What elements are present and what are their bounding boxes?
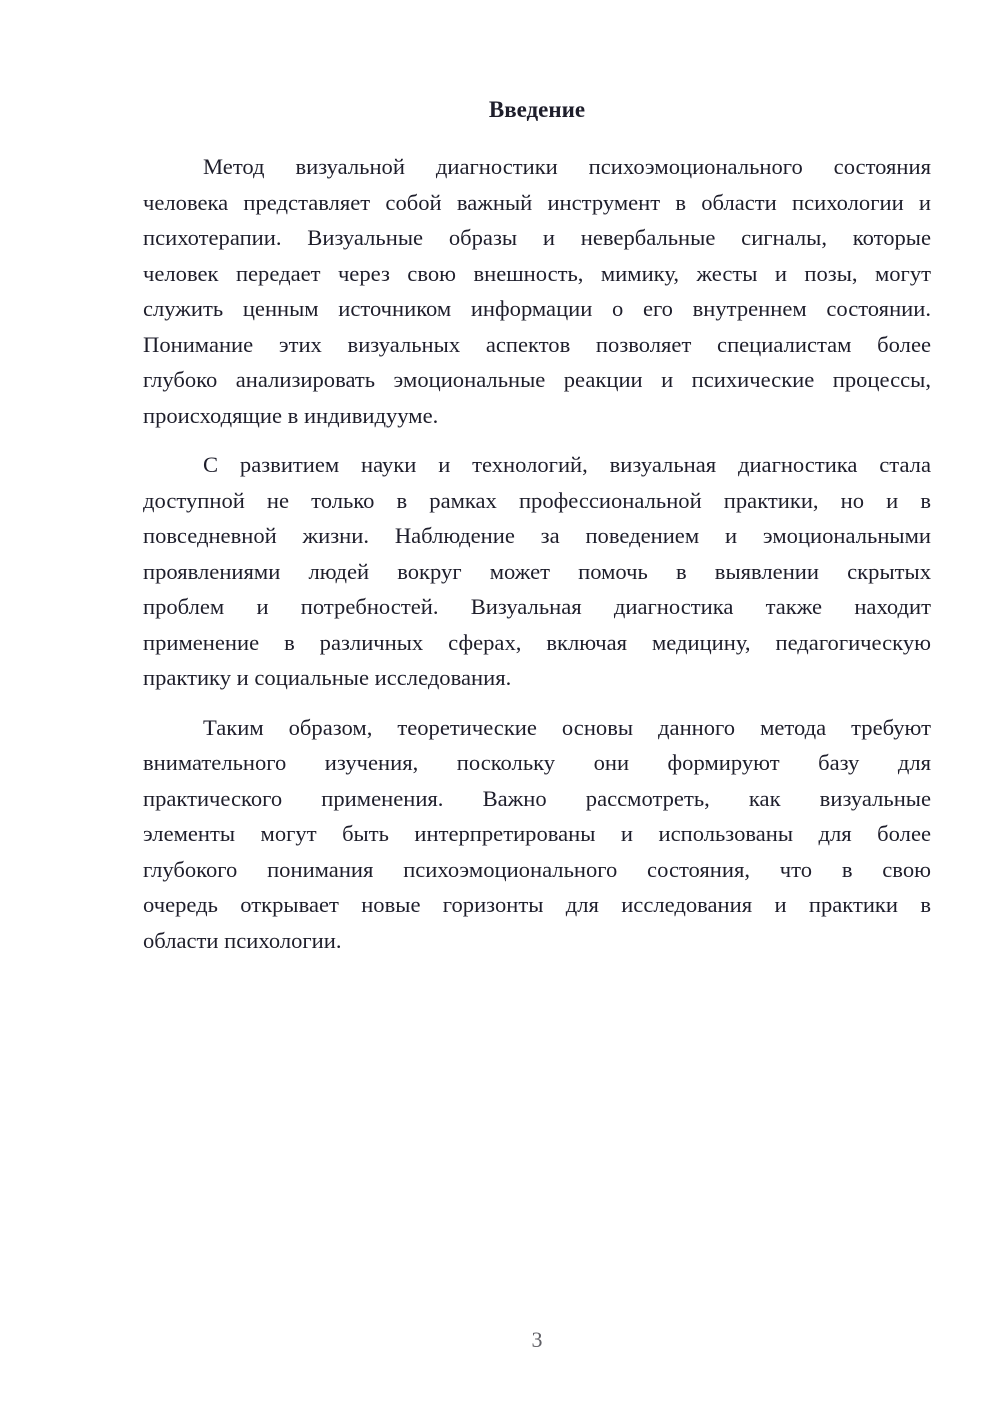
text-line: элементы могут быть интерпретированы и и…: [143, 816, 931, 852]
document-content: Введение Метод визуальной диагностики пс…: [143, 92, 931, 958]
document-page: Введение Метод визуальной диагностики пс…: [0, 0, 1000, 1414]
text-line: Понимание этих визуальных аспектов позво…: [143, 327, 931, 363]
text-line: доступной не только в рамках профессиона…: [143, 483, 931, 519]
text-line: области психологии.: [143, 923, 931, 959]
text-line: Таким образом, теоретические основы данн…: [143, 710, 931, 746]
text-line: служить ценным источником информации о е…: [143, 291, 931, 327]
text-line: повседневной жизни. Наблюдение за поведе…: [143, 518, 931, 554]
text-line: человека представляет собой важный инстр…: [143, 185, 931, 221]
text-line: Метод визуальной диагностики психоэмоцио…: [143, 149, 931, 185]
text-line: проблем и потребностей. Визуальная диагн…: [143, 589, 931, 625]
text-line: С развитием науки и технологий, визуальн…: [143, 447, 931, 483]
paragraph: Метод визуальной диагностики психоэмоцио…: [143, 149, 931, 433]
text-line: внимательного изучения, поскольку они фо…: [143, 745, 931, 781]
text-line: практику и социальные исследования.: [143, 660, 931, 696]
page-number: 3: [143, 1327, 931, 1353]
page-title: Введение: [143, 92, 931, 128]
text-line: очередь открывает новые горизонты для ис…: [143, 887, 931, 923]
text-line: проявлениями людей вокруг может помочь в…: [143, 554, 931, 590]
text-line: глубоко анализировать эмоциональные реак…: [143, 362, 931, 398]
text-line: применение в различных сферах, включая м…: [143, 625, 931, 661]
text-line: практического применения. Важно рассмотр…: [143, 781, 931, 817]
paragraph: С развитием науки и технологий, визуальн…: [143, 447, 931, 696]
paragraph: Таким образом, теоретические основы данн…: [143, 710, 931, 959]
text-line: человек передает через свою внешность, м…: [143, 256, 931, 292]
document-body: Метод визуальной диагностики психоэмоцио…: [143, 149, 931, 958]
text-line: психотерапии. Визуальные образы и неверб…: [143, 220, 931, 256]
text-line: происходящие в индивидууме.: [143, 398, 931, 434]
text-line: глубокого понимания психоэмоционального …: [143, 852, 931, 888]
